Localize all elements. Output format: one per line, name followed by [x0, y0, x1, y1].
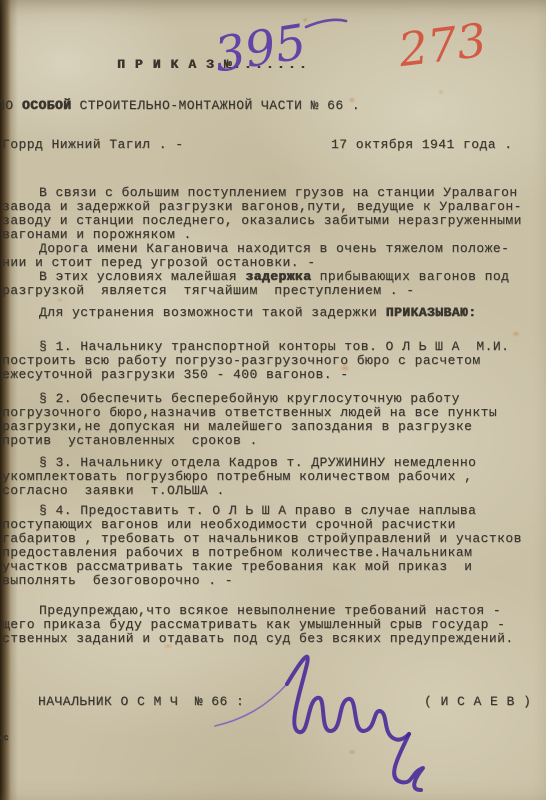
city-line: Горрд Нижний Тагил . - — [2, 138, 184, 152]
text-line: предоставления рабочих в потребном колич… — [2, 546, 542, 560]
handwritten-dash-stroke — [306, 20, 346, 27]
text-segment-bold: задержка — [245, 269, 311, 284]
text-line: укомплектовать погрузбюро потребным коли… — [2, 470, 542, 484]
text-line: В этих условиях малейшая задержка прибыв… — [2, 270, 542, 284]
unit-rest: СТРОИТЕЛЬНО-МОНТАЖНОЙ ЧАСТИ № 66 . — [71, 98, 360, 113]
text-line: ственных заданий и отдавать под суд без … — [2, 632, 542, 646]
text-line: заводу и станции последнего, оказались з… — [2, 214, 542, 228]
unit-emphasis: ОСОБОЙ — [22, 98, 72, 113]
text-line: Для устранения возможности такой задержк… — [2, 306, 542, 320]
text-line: Дорога имени Кагановича находится в очен… — [2, 242, 542, 256]
section-2: § 2. Обеспечить бесперебойную круглосуто… — [2, 392, 542, 448]
paragraph-road: Дорога имени Кагановича находится в очен… — [2, 242, 542, 270]
text-line: разгрузки,не допуская ни малейшего запоз… — [2, 420, 542, 434]
text-line: завода и задержкой разгрузки вагонов,пут… — [2, 200, 542, 214]
signature-label: НАЧАЛЬНИК О С М Ч № 66 : — [38, 695, 244, 709]
text-line: § 3. Начальнику отдела Кадров т. ДРУЖИНИ… — [2, 456, 542, 470]
text-segment: прибывающих вагонов под — [311, 269, 509, 284]
text-line: щего приказа буду рассматривать как умыш… — [2, 618, 542, 632]
text-line: Предупреждаю,что всякое невыполнение тре… — [2, 604, 542, 618]
unit-prefix: ПО — [0, 98, 22, 113]
signature-tail-stroke — [394, 734, 423, 790]
text-line: согласно заявки т.ОЛЬША . — [2, 484, 542, 498]
text-segment: В этих условиях малейшая — [39, 269, 245, 284]
paragraph-delay-crime: В этих условиях малейшая задержка прибыв… — [2, 270, 542, 298]
signature-main-stroke — [287, 657, 409, 740]
unit-line: ПО ОСОБОЙ СТРОИТЕЛЬНО-МОНТАЖНОЙ ЧАСТИ № … — [0, 99, 360, 113]
section-4: § 4. Предоставить т. О Л Ь Ш А право в с… — [2, 504, 542, 588]
text-line: разгрузкой является тягчайшим преступлен… — [2, 284, 542, 298]
handwritten-page-number-red: 273 — [390, 10, 518, 76]
section-3: § 3. Начальнику отдела Кадров т. ДРУЖИНИ… — [2, 456, 542, 498]
section-1: § 1. Начальнику транспортной конторы тов… — [2, 340, 542, 382]
text-line: § 1. Начальнику транспортной конторы тов… — [2, 340, 542, 354]
order-intro: Для устранения возможности такой задержк… — [2, 306, 542, 320]
text-line: погрузочного бюро,назначив ответственных… — [2, 406, 542, 420]
text-line: В связи с большим поступлением грузов на… — [2, 186, 542, 200]
text-segment-bold: ПРИКАЗЫВАЮ: — [386, 305, 477, 320]
text-line: поступающих вагонов или необходимости ср… — [2, 518, 542, 532]
date-line: 17 октября 1941 года . — [331, 138, 513, 152]
paragraph-situation: В связи с большим поступлением грузов на… — [2, 186, 542, 242]
signature-name: ( И С А Е В ) — [424, 695, 531, 709]
order-title: П Р И К А З №....... — [117, 57, 310, 72]
margin-mark: кс — [0, 731, 9, 745]
text-line: нии и стоит перед угрозой остановки. - — [2, 256, 542, 270]
text-line: § 2. Обеспечить бесперебойную круглосуто… — [2, 392, 542, 406]
handwritten-signature — [213, 640, 465, 798]
document-scan: П Р И К А З №....... 395 273 ПО ОСОБОЙ С… — [0, 0, 546, 800]
text-line: габаритов , требовать от начальников стр… — [2, 532, 542, 546]
dotted-line: ....... — [233, 57, 310, 72]
text-line: построить всю работу погрузо-разгрузочно… — [2, 354, 542, 368]
text-line: ежесуточной разгрузки 350 - 400 вагонов.… — [2, 368, 542, 382]
text-line: выполнять безоговорочно . - — [2, 574, 542, 588]
text-segment: Для устранения возможности такой задержк… — [39, 305, 386, 320]
text-line: § 4. Предоставить т. О Л Ь Ш А право в с… — [2, 504, 542, 518]
order-title-text: П Р И К А З № — [117, 57, 233, 72]
handwritten-273-text: 273 — [395, 13, 490, 76]
text-line: участков рассматривать такие требования … — [2, 560, 542, 574]
paragraph-warning: Предупреждаю,что всякое невыполнение тре… — [2, 604, 542, 646]
text-line: вагонами и порожняком . — [2, 228, 542, 242]
text-line: против установленных сроков . — [2, 434, 542, 448]
